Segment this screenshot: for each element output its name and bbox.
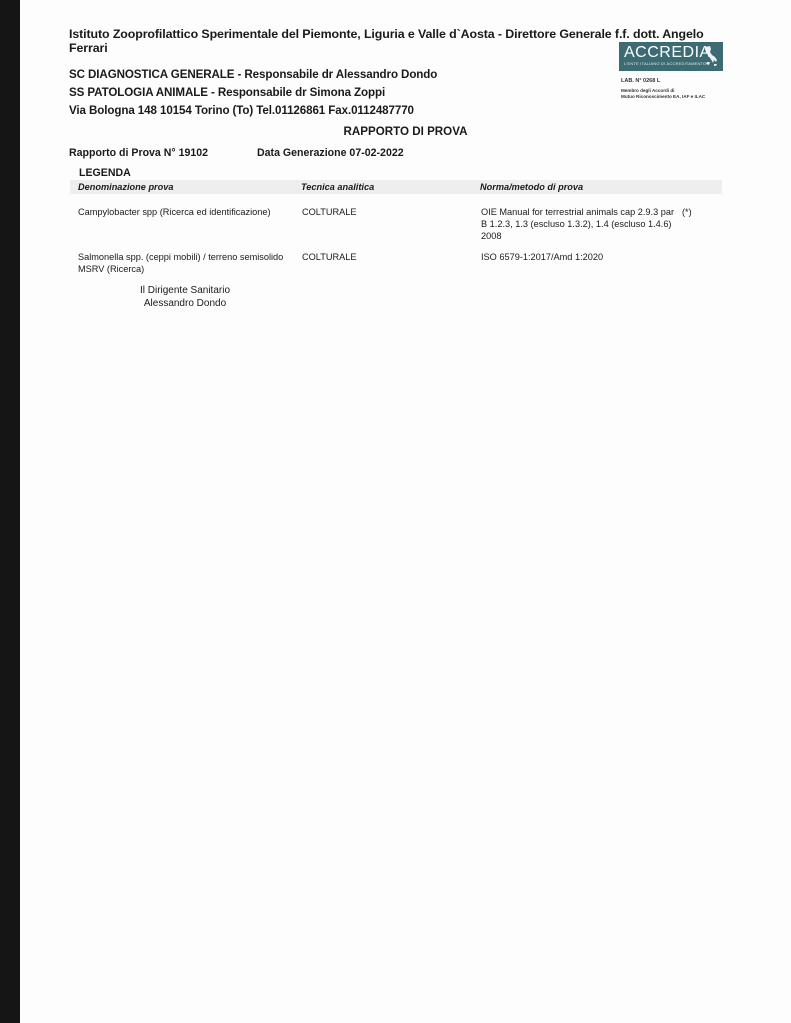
accredia-logo: ACCREDIA L'ENTE ITALIANO DI ACCREDITAMEN… bbox=[619, 42, 723, 71]
legend-row-1-technique: COLTURALE bbox=[302, 206, 356, 218]
signature-name: Alessandro Dondo bbox=[100, 298, 270, 311]
signature-role: Il Dirigente Sanitario bbox=[100, 285, 270, 298]
legend-row-2-method: ISO 6579-1:2017/Amd 1:2020 bbox=[481, 251, 679, 263]
legend-heading: LEGENDA bbox=[79, 167, 131, 179]
legend-column-technique: Tecnica analitica bbox=[301, 182, 374, 192]
legend-row-1-method: OIE Manual for terrestrial animals cap 2… bbox=[481, 206, 679, 242]
mra-line-2: Mutuo Riconoscimento EA, IAF e ILAC bbox=[621, 94, 705, 100]
legend-row-1-note: (*) bbox=[682, 206, 692, 218]
legend-row-2-test: Salmonella spp. (ceppi mobili) / terreno… bbox=[78, 251, 304, 275]
italy-map-icon bbox=[703, 45, 719, 67]
report-number: Rapporto di Prova N° 19102 bbox=[69, 147, 208, 159]
institute-address: Via Bologna 148 10154 Torino (To) Tel.01… bbox=[69, 104, 414, 117]
scan-dark-edge bbox=[0, 0, 20, 1023]
department-diagnostica: SC DIAGNOSTICA GENERALE - Responsabile d… bbox=[69, 68, 437, 81]
generation-date: Data Generazione 07-02-2022 bbox=[257, 147, 404, 159]
lab-number: LAB. N° 0268 L bbox=[621, 78, 660, 84]
department-patologia: SS PATOLOGIA ANIMALE - Responsabile dr S… bbox=[69, 86, 385, 99]
legend-row-1-test: Campylobacter spp (Ricerca ed identifica… bbox=[78, 206, 304, 218]
report-title: RAPPORTO DI PROVA bbox=[0, 125, 791, 138]
signature-block: Il Dirigente Sanitario Alessandro Dondo bbox=[100, 285, 270, 310]
legend-column-method: Norma/metodo di prova bbox=[480, 182, 583, 192]
legend-column-test-name: Denominazione prova bbox=[78, 182, 173, 192]
mra-membership: Membro degli Accordi di Mutuo Riconoscim… bbox=[621, 88, 705, 100]
legend-row-2-technique: COLTURALE bbox=[302, 251, 356, 263]
